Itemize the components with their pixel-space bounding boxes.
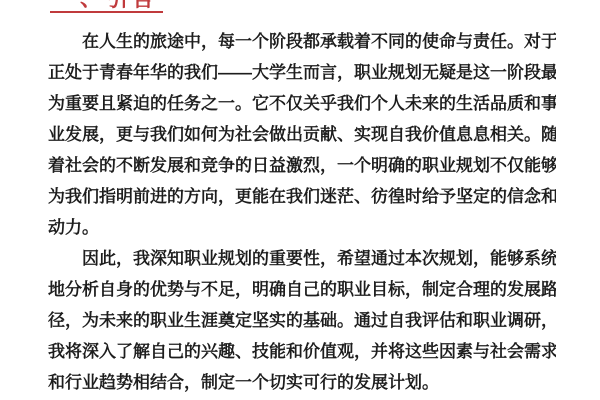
body-text: 在人生的旅途中，每一个阶段都承载着不同的使命与责任。对于 正处于青春年华的我们—… <box>48 26 556 398</box>
body-line: 和行业趋势相结合，制定一个切实可行的发展计划。 <box>48 367 556 398</box>
body-line: 为我们指明前进的方向，更能在我们迷茫、彷徨时给予坚定的信念和 <box>48 181 556 212</box>
body-line: 为重要且紧迫的任务之一。它不仅关乎我们个人未来的生活品质和事 <box>48 88 556 119</box>
body-line: 我将深入了解自己的兴趣、技能和价值观，并将这些因素与社会需求 <box>48 336 556 367</box>
body-line: 业发展，更与我们如何为社会做出贡献、实现自我价值息息相关。随 <box>48 119 556 150</box>
section-heading-text: 一、引言 <box>54 0 158 11</box>
body-line: 径，为未来的职业生涯奠定坚实的基础。通过自我评估和职业调研， <box>48 305 556 336</box>
body-line: 地分析自身的优势与不足，明确自己的职业目标，制定合理的发展路 <box>48 274 556 305</box>
heading-underline <box>50 11 163 13</box>
document-page: 一、引言 在人生的旅途中，每一个阶段都承载着不同的使命与责任。对于 正处于青春年… <box>0 0 600 400</box>
body-line: 正处于青春年华的我们——大学生而言，职业规划无疑是这一阶段最 <box>48 57 556 88</box>
section-heading: 一、引言 <box>54 0 158 11</box>
body-line: 着社会的不断发展和竞争的日益激烈，一个明确的职业规划不仅能够 <box>48 150 556 181</box>
body-line: 动力。 <box>48 212 556 243</box>
body-line: 在人生的旅途中，每一个阶段都承载着不同的使命与责任。对于 <box>48 26 556 57</box>
body-line: 因此，我深知职业规划的重要性，希望通过本次规划，能够系统 <box>48 243 556 274</box>
